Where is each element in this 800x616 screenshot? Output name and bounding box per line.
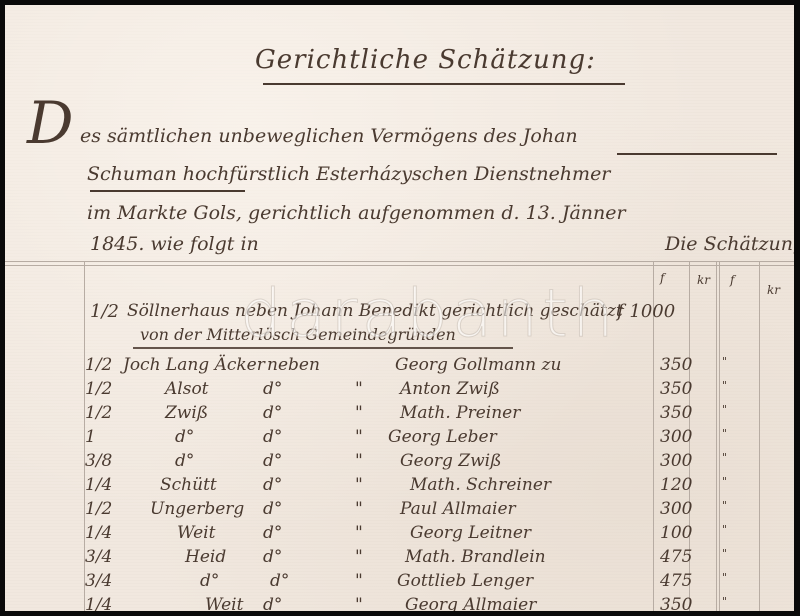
first-entry-value: f 1000 (617, 301, 675, 322)
row-value: 475 (660, 547, 710, 567)
row-kr: " (722, 379, 742, 392)
title-underline (263, 83, 625, 85)
watermark: darabanth (240, 275, 618, 352)
row-field: Weit (205, 595, 405, 611)
row-neighbor-prefix: " (355, 427, 365, 447)
row-kr: " (722, 523, 742, 536)
row-value: 300 (660, 499, 710, 519)
row-value: 300 (660, 451, 710, 471)
intro-line-4: 1845. wie folgt in (90, 233, 259, 255)
row-field: Ungerberg (150, 499, 350, 519)
row-value: 350 (660, 595, 710, 611)
row-owner: Gottlieb Lenger (397, 571, 657, 591)
row-share: 3/8 (85, 451, 121, 471)
row-neighbor-prefix: " (355, 523, 365, 543)
document-page: Gerichtliche Schätzung: D es sämtlichen … (5, 5, 794, 611)
row-owner: Math. Preiner (400, 403, 660, 423)
row-kr: " (722, 595, 742, 608)
row-share: 1 (85, 427, 121, 447)
header-kreuzer-mark-2: kr (767, 283, 780, 297)
row-kr: " (722, 451, 742, 464)
row-ditto: d° (263, 595, 303, 611)
row-share: 1/4 (85, 523, 121, 543)
row-share: 1/4 (85, 475, 121, 495)
row-kr: " (722, 475, 742, 488)
row-kr: " (722, 571, 742, 584)
header-florin-mark: f (660, 271, 664, 285)
row-ditto: d° (270, 571, 310, 591)
row-neighbor-prefix: " (355, 403, 365, 423)
row-value: 350 (660, 403, 710, 423)
intro-line-2: Schuman hochfürstlich Esterházyschen Die… (87, 163, 610, 185)
row-owner: Georg Leitner (410, 523, 670, 543)
name-underline-schuman (90, 190, 245, 192)
row-neighbor-prefix: " (355, 451, 365, 471)
table-row: 1/2 Alsot d° " Anton Zwiß 350 " (5, 379, 794, 405)
row-owner: Georg Zwiß (400, 451, 660, 471)
row-ditto: d° (263, 523, 303, 543)
first-entry-share: 1/2 (90, 301, 119, 322)
row-share: 3/4 (85, 571, 121, 591)
row-share: 1/2 (85, 355, 121, 375)
row-ditto: d° (263, 403, 303, 423)
name-underline-johan (617, 153, 777, 155)
row-ditto: d° (263, 379, 303, 399)
row-kr: " (722, 427, 742, 440)
row-owner: Paul Allmaier (400, 499, 660, 519)
row-value: 300 (660, 427, 710, 447)
decorative-initial: D (27, 89, 74, 157)
row-kr: " (722, 499, 742, 512)
row-share: 1/2 (85, 379, 121, 399)
row-ditto: d° (263, 547, 303, 567)
row-owner: Georg Leber (388, 427, 648, 447)
row-neighbor-prefix: " (355, 379, 365, 399)
row-neighbor-prefix: " (355, 571, 365, 591)
row-value: 475 (660, 571, 710, 591)
intro-line-4-right: Die Schätzung (665, 233, 794, 255)
table-row: 1/4 Weit d° " Georg Leitner 100 " (5, 523, 794, 549)
table-row: 1/2 Ungerberg d° " Paul Allmaier 300 " (5, 499, 794, 525)
row-owner: Georg Allmaier (405, 595, 665, 611)
header-florin-mark-2: f (730, 273, 734, 287)
row-ditto: d° (263, 475, 303, 495)
intro-line-3: im Markte Gols, gerichtlich aufgenommen … (87, 202, 626, 224)
row-neighbor-prefix: " (355, 475, 365, 495)
row-value: 350 (660, 379, 710, 399)
row-kr: " (722, 355, 742, 368)
table-row: 1/2 Joch Lang Äcker neben Georg Gollmann… (5, 355, 794, 381)
row-owner: Math. Schreiner (410, 475, 670, 495)
row-share: 3/4 (85, 547, 121, 567)
row-value: 100 (660, 523, 710, 543)
document-title: Gerichtliche Schätzung: (255, 45, 596, 75)
row-owner: Math. Brandlein (405, 547, 665, 567)
row-ditto: d° (263, 451, 303, 471)
row-owner: Georg Gollmann zu (395, 355, 655, 375)
row-owner: Anton Zwiß (400, 379, 660, 399)
table-top-rule-2 (5, 265, 794, 266)
row-kr: " (722, 547, 742, 560)
row-neighbor-prefix: neben (267, 355, 277, 375)
row-share: 1/4 (85, 595, 121, 611)
intro-line-1: es sämtlichen unbeweglichen Vermögens de… (80, 125, 578, 147)
row-value: 350 (660, 355, 710, 375)
table-row: 1 d° d° " Georg Leber 300 " (5, 427, 794, 453)
row-ditto: d° (263, 427, 303, 447)
row-kr: " (722, 403, 742, 416)
header-kreuzer-mark: kr (697, 273, 710, 287)
row-share: 1/2 (85, 403, 121, 423)
table-row: 3/4 d° d° " Gottlieb Lenger 475 " (5, 571, 794, 597)
table-row: 3/8 d° d° " Georg Zwiß 300 " (5, 451, 794, 477)
table-row: 1/4 Weit d° " Georg Allmaier 350 " (5, 595, 794, 611)
row-value: 120 (660, 475, 710, 495)
table-row: 1/4 Schütt d° " Math. Schreiner 120 " (5, 475, 794, 501)
row-ditto: d° (263, 499, 303, 519)
row-neighbor-prefix: " (355, 547, 365, 567)
row-field: Schütt (160, 475, 360, 495)
row-share: 1/2 (85, 499, 121, 519)
row-neighbor-prefix: " (355, 499, 365, 519)
table-row: 3/4 Heid d° " Math. Brandlein 475 " (5, 547, 794, 573)
table-row: 1/2 Zwiß d° " Math. Preiner 350 " (5, 403, 794, 429)
row-neighbor-prefix: " (355, 595, 365, 611)
table-top-rule (5, 261, 794, 262)
